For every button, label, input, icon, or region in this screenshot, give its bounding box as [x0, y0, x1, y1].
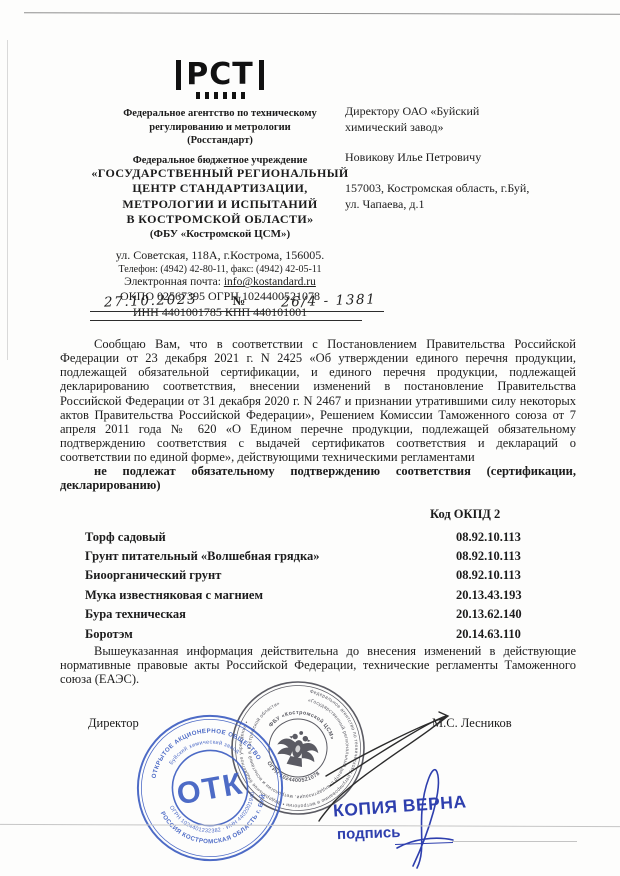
recipient-name: Новикову Илье Петровичу [345, 149, 580, 165]
copy-verna-signature [383, 760, 473, 872]
product-table: Торф садовый08.92.10.113 Грунт питательн… [60, 528, 576, 644]
product-code: 20.13.62.140 [456, 605, 576, 624]
product-name: Торф садовый [85, 528, 456, 547]
body-paragraph-1-bold: не подлежат обязательному подтверждению … [60, 464, 576, 492]
table-row: Бура техническая20.13.62.140 [60, 605, 576, 624]
recipient-address1: 157003, Костромская область, г.Буй, [345, 180, 580, 196]
otk-round-stamp: ОТКРЫТОЕ АКЦИОНЕРНОЕ ОБЩЕСТВО Буйский хи… [118, 696, 301, 876]
scan-edge-left [7, 40, 8, 360]
org-name-line2: ЦЕНТР СТАНДАРТИЗАЦИИ, [60, 181, 380, 196]
scanned-letter-page: РСТ Федеральное агентство по техническом… [0, 0, 620, 876]
scan-edge-top [24, 12, 620, 15]
scan-fold-line [0, 824, 620, 827]
handwritten-date: 27.10.2023 [104, 291, 198, 310]
table-row: Боротэм20.14.63.110 [60, 625, 576, 644]
org-short-name: (ФБУ «Костромской ЦСМ») [60, 228, 380, 240]
agency-name-line2: регулированию и метрологии [60, 121, 380, 135]
org-name-line4: В КОСТРОМСКОЙ ОБЛАСТИ» [60, 212, 380, 227]
reference-number-blank-line [90, 320, 362, 321]
email-address: info@kostandard.ru [224, 276, 316, 288]
product-name: Мука известняковая с магнием [85, 586, 456, 605]
org-name-line1: «ГОСУДАРСТВЕННЫЙ РЕГИОНАЛЬНЫЙ [60, 166, 380, 181]
letter-body: Сообщаю Вам, что в соответствии с Постан… [60, 337, 576, 686]
agency-name-line3: (Росстандарт) [60, 134, 380, 148]
logo-bar-left [176, 60, 181, 90]
product-name: Грунт питательный «Волшебная грядка» [85, 547, 456, 566]
recipient-line2: химический завод» [345, 119, 580, 135]
recipient-address2: ул. Чапаева, д.1 [345, 196, 580, 212]
table-row: Грунт питательный «Волшебная грядка»08.9… [60, 547, 576, 566]
scan-fold-line-right [452, 841, 577, 842]
logo-ticks [196, 92, 245, 99]
body-paragraph-1: Сообщаю Вам, что в соответствии с Постан… [60, 337, 576, 464]
product-code: 08.92.10.113 [456, 547, 576, 566]
product-code: 20.14.63.110 [456, 625, 576, 644]
agency-name-line1: Федеральное агентство по техническому [60, 107, 380, 121]
org-type: Федеральное бюджетное учреждение [60, 155, 380, 166]
org-address: ул. Советская, 118А, г.Кострома, 156005. [60, 248, 380, 263]
product-code: 08.92.10.113 [456, 528, 576, 547]
recipient-line1: Директору ОАО «Буйский [345, 103, 580, 119]
product-name: Бура техническая [85, 605, 456, 624]
otk-stamp-top-text: ОТКРЫТОЕ АКЦИОНЕРНОЕ ОБЩЕСТВО [144, 719, 263, 780]
handwritten-number: 26/4 - 1381 [280, 291, 376, 310]
table-row: Биоорганический грунт08.92.10.113 [60, 566, 576, 585]
logo-bar-right [259, 60, 264, 90]
logo-text: РСТ [186, 60, 253, 90]
email-label: Электронная почта: [124, 276, 224, 288]
okpd-column-header: Код ОКПД 2 [430, 507, 576, 521]
product-code: 20.13.43.193 [456, 586, 576, 605]
org-phone: Телефон: (4942) 42-80-11, факс: (4942) 4… [60, 264, 380, 275]
number-sign: № [233, 294, 246, 309]
recipient-block: Директору ОАО «Буйский химический завод»… [345, 103, 580, 212]
org-email-line: Электронная почта: info@kostandard.ru [60, 276, 380, 288]
rosstandart-logo-icon: РСТ [60, 60, 380, 99]
table-row: Мука известняковая с магнием20.13.43.193 [60, 586, 576, 605]
otk-stamp-center-text: ОТК [174, 766, 246, 811]
table-row: Торф садовый08.92.10.113 [60, 528, 576, 547]
product-code: 08.92.10.113 [456, 566, 576, 585]
product-name: Биоорганический грунт [85, 566, 456, 585]
outgoing-number-line: 27.10.2023 № 26/4 - 1381 [90, 293, 384, 312]
org-name-line3: МЕТРОЛОГИИ И ИСПЫТАНИЙ [60, 197, 380, 212]
product-name: Боротэм [85, 625, 456, 644]
letterhead-org-block: РСТ Федеральное агентство по техническом… [60, 60, 380, 320]
svg-text:ОТКРЫТОЕ АКЦИОНЕРНОЕ ОБЩЕСТВО: ОТКРЫТОЕ АКЦИОНЕРНОЕ ОБЩЕСТВО [144, 719, 263, 780]
